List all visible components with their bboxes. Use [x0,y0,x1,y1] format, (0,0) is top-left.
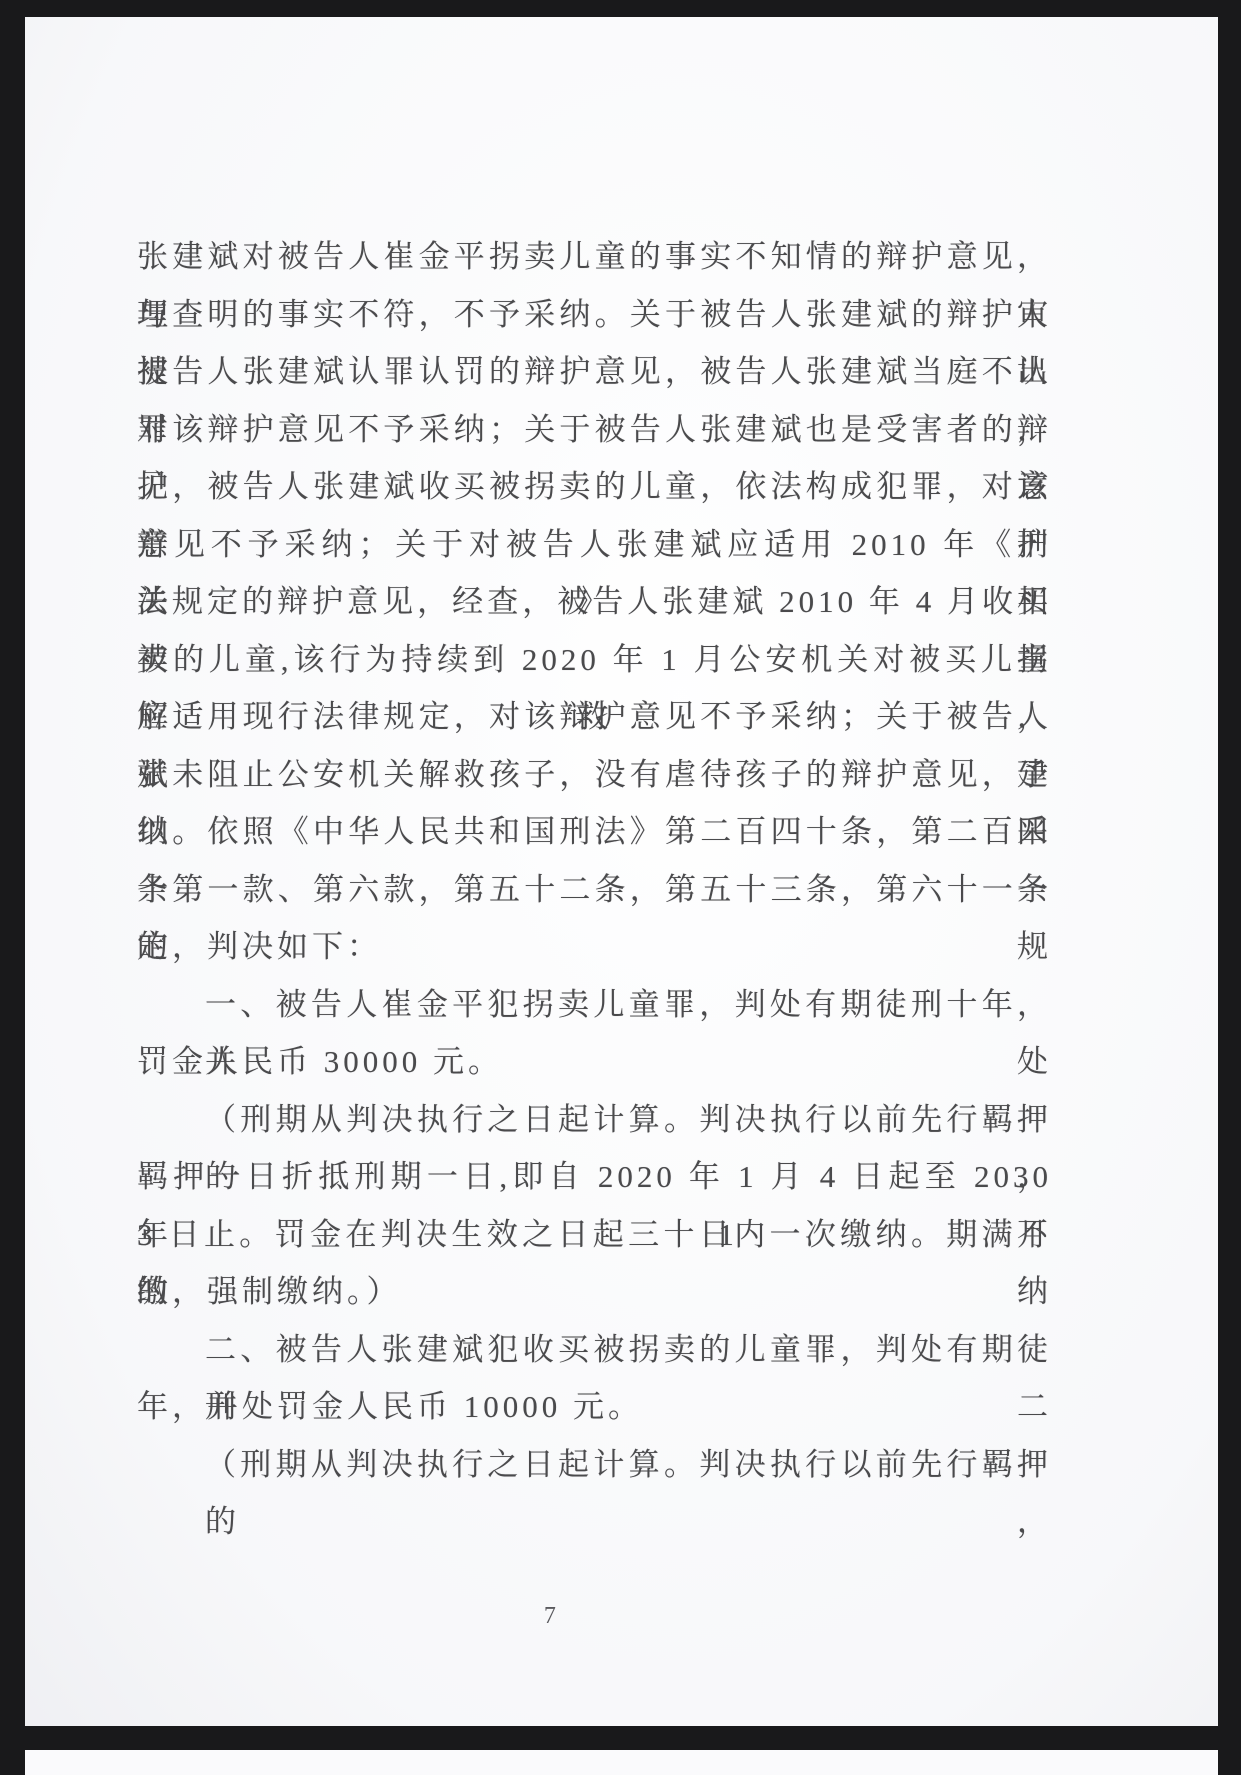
text-line: 3 日止。罚金在判决生效之日起三十日内一次缴纳。期满不缴纳 [137,1206,1052,1264]
text-line: 一、被告人崔金平犯拐卖儿童罪，判处有期徒刑十年，并处 [137,976,1052,1034]
text-line: 被告人张建斌认罪认罚的辩护意见，被告人张建斌当庭不认罪， [137,343,1052,401]
text-line: （刑期从判决执行之日起计算。判决执行以前先行羁押的， [137,1091,1052,1149]
text-line: 见，被告人张建斌收买被拐卖的儿童，依法构成犯罪，对该辩护 [137,458,1052,516]
text-line: （刑期从判决执行之日起计算。判决执行以前先行羁押的， [137,1436,1052,1494]
scan-background: 张建斌对被告人崔金平拐卖儿童的事实不知情的辩护意见，与审理查明的事实不符，不予采… [0,0,1241,1775]
text-line: 条第一款、第六款，第五十二条，第五十三条，第六十一条的规 [137,861,1052,919]
document-page: 张建斌对被告人崔金平拐卖儿童的事实不知情的辩护意见，与审理查明的事实不符，不予采… [25,17,1218,1726]
text-block: 张建斌对被告人崔金平拐卖儿童的事实不知情的辩护意见，与审理查明的事实不符，不予采… [137,228,1052,1493]
text-line: 斌未阻止公安机关解救孩子，没有虐待孩子的辩护意见，予以采 [137,746,1052,804]
page-number: 7 [25,1603,1075,1630]
text-line: 张建斌对被告人崔金平拐卖儿童的事实不知情的辩护意见，与审 [137,228,1052,286]
text-line: 关规定的辩护意见，经查，被告人张建斌 2010 年 4 月收买被拐 [137,573,1052,631]
text-line: 应适用现行法律规定，对该辩护意见不予采纳；关于被告人张建 [137,688,1052,746]
text-line: 意见不予采纳；关于对被告人张建斌应适用 2010 年《刑法》相 [137,516,1052,574]
text-line: 卖的儿童,该行为持续到 2020 年 1 月公安机关对被买儿童解救， [137,631,1052,689]
next-page-edge [25,1750,1218,1775]
text-line: 纳。依照《中华人民共和国刑法》第二百四十条，第二百四十一 [137,803,1052,861]
text-line: 羁押一日折抵刑期一日,即自 2020 年 1 月 4 日起至 2030 年 1 … [137,1148,1052,1206]
text-line: 二、被告人张建斌犯收买被拐卖的儿童罪，判处有期徒刑二 [137,1321,1052,1379]
text-line: 理查明的事实不符，不予采纳。关于被告人张建斌的辩护人提出 [137,286,1052,344]
text-line: 对该辩护意见不予采纳；关于被告人张建斌也是受害者的辩护意 [137,401,1052,459]
